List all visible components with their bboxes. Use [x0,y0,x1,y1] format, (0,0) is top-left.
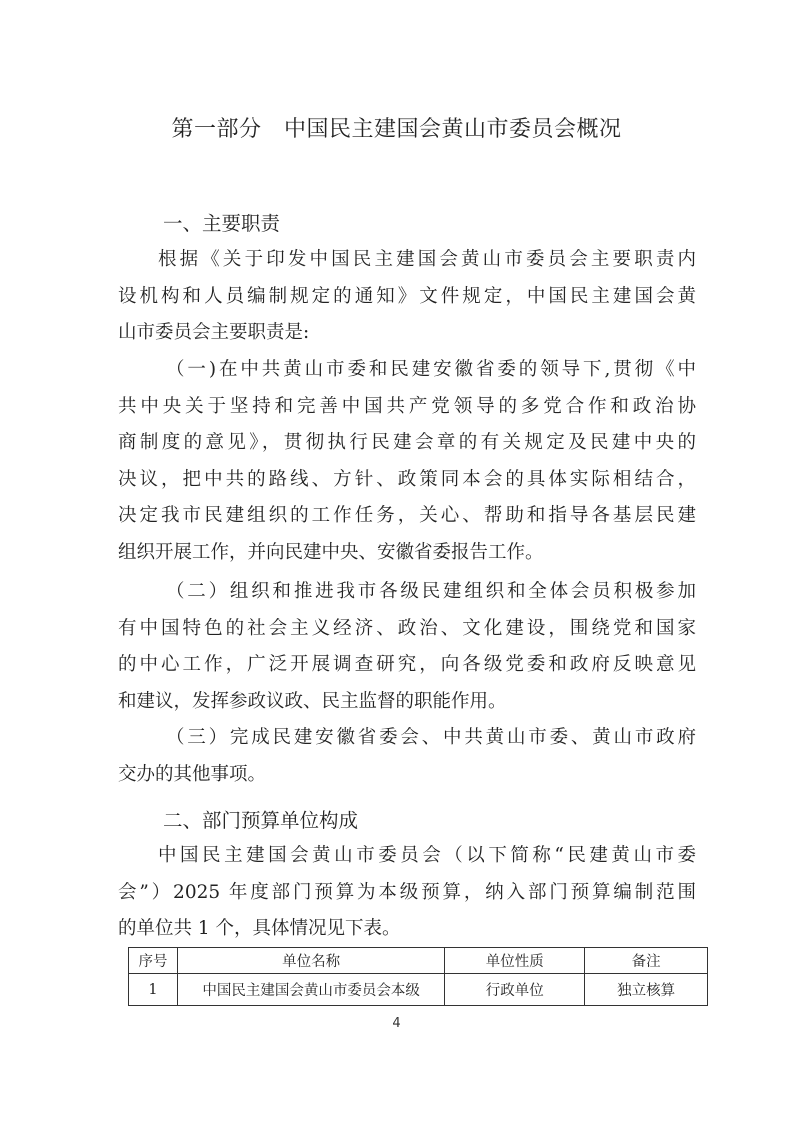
text-line: 共中央关于坚持和完善中国共产党领导的多党合作和政治协 [118,389,696,426]
page-number: 4 [0,1016,793,1031]
text-line: 中国民主建国会黄山市委员会（以下简称“民建黄山市委 [118,838,696,875]
table-header-index: 序号 [129,948,178,974]
text-line: 会”）2025 年度部门预算为本级预算，纳入部门预算编制范围 [118,875,696,912]
table-header-row: 序号 单位名称 单位性质 备注 [129,948,708,974]
text-line: （三）完成民建安徽省委会、中共黄山市委、黄山市政府 [118,720,696,757]
table-row: 1 中国民主建国会黄山市委员会本级 行政单位 独立核算 [129,974,708,1006]
section-heading-main-duties: 一、主要职责 [163,208,280,236]
table-header-unit-name: 单位名称 [177,948,445,974]
paragraph-duty-2: （二）组织和推进我市各级民建组织和全体会员积极参加 有中国特色的社会主义经济、政… [118,574,696,720]
text-line: 交办的其他事项。 [118,757,696,794]
table-cell-index: 1 [129,974,178,1006]
text-line: （一)在中共黄山市委和民建安徽省委的领导下,贯彻《中 [118,352,696,389]
text-line: （二）组织和推进我市各级民建组织和全体会员积极参加 [118,574,696,611]
text-line: 设机构和人员编制规定的通知》文件规定，中国民主建国会黄 [118,279,696,316]
budget-units-table: 序号 单位名称 单位性质 备注 1 中国民主建国会黄山市委员会本级 行政单位 独… [128,947,708,1006]
page-title: 第一部分 中国民主建国会黄山市委员会概况 [0,112,793,143]
section-heading-budget-units: 二、部门预算单位构成 [163,805,358,833]
text-line: 根据《关于印发中国民主建国会黄山市委员会主要职责内 [118,242,696,279]
text-line: 和建议，发挥参政议政、民主监督的职能作用。 [118,684,696,721]
text-line: 的单位共 1 个，具体情况见下表。 [118,911,696,948]
text-line: 组织开展工作，并向民建中央、安徽省委报告工作。 [118,535,696,572]
document-page: 第一部分 中国民主建国会黄山市委员会概况 一、主要职责 根据《关于印发中国民主建… [0,0,793,1122]
paragraph-duty-1: （一)在中共黄山市委和民建安徽省委的领导下,贯彻《中 共中央关于坚持和完善中国共… [118,352,696,571]
table-cell-unit-type: 行政单位 [445,974,585,1006]
table-header-remarks: 备注 [585,948,708,974]
text-line: 商制度的意见》，贯彻执行民建会章的有关规定及民建中央的 [118,425,696,462]
text-line: 有中国特色的社会主义经济、政治、文化建设，围绕党和国家 [118,611,696,648]
table-cell-remarks: 独立核算 [585,974,708,1006]
paragraph-budget-units: 中国民主建国会黄山市委员会（以下简称“民建黄山市委 会”）2025 年度部门预算… [118,838,696,948]
table-header-unit-type: 单位性质 [445,948,585,974]
text-line: 决议，把中共的路线、方针、政策同本会的具体实际相结合， [118,462,696,499]
table-cell-unit-name: 中国民主建国会黄山市委员会本级 [177,974,445,1006]
paragraph-intro: 根据《关于印发中国民主建国会黄山市委员会主要职责内 设机构和人员编制规定的通知》… [118,242,696,352]
text-line: 决定我市民建组织的工作任务，关心、帮助和指导各基层民建 [118,498,696,535]
text-line: 的中心工作，广泛开展调查研究，向各级党委和政府反映意见 [118,647,696,684]
paragraph-duty-3: （三）完成民建安徽省委会、中共黄山市委、黄山市政府 交办的其他事项。 [118,720,696,793]
text-line: 山市委员会主要职责是: [118,315,696,352]
